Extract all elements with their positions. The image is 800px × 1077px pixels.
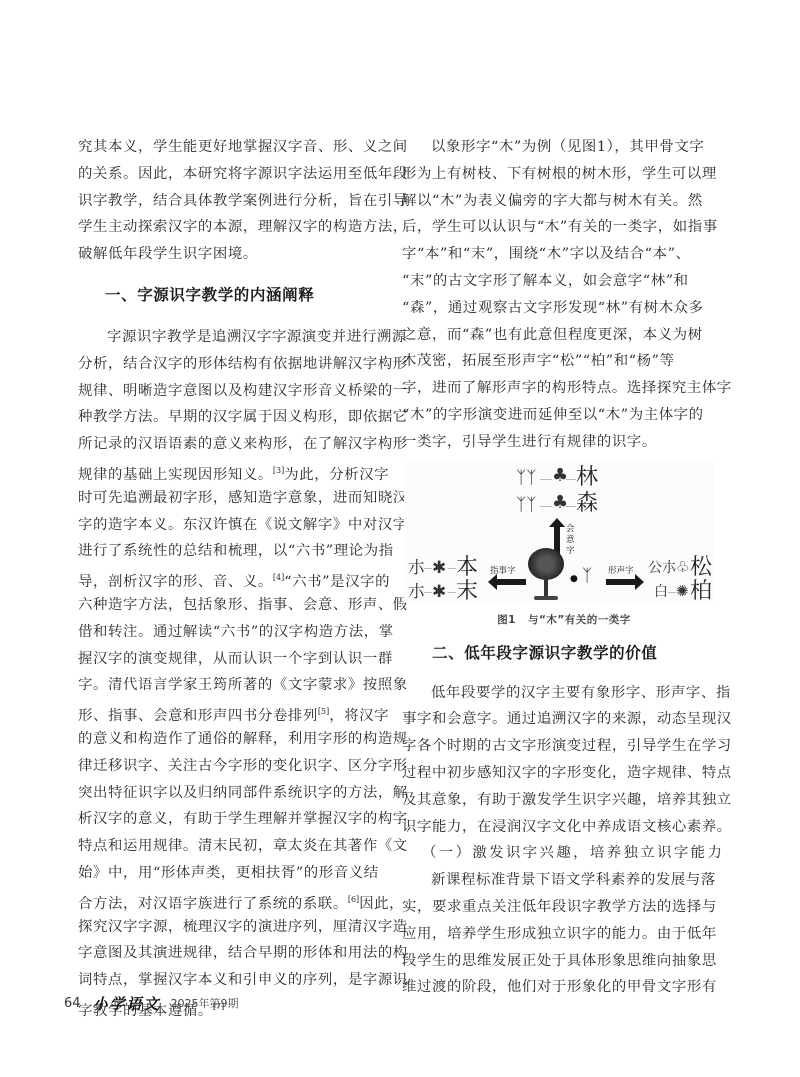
- modern-char-mo: 末: [456, 580, 478, 604]
- body-line: 字意图及其演进规律，结合早期的形体和用法的构: [78, 940, 402, 967]
- body-line: 木茂密，拓展至形声字“松”“柏”和“杨”等: [402, 348, 726, 375]
- body-line: 解以“木”为表义偏旁的字大都与树木有关。然: [402, 188, 726, 215]
- ancient-mu-glyph: ᛉ: [582, 566, 592, 586]
- body-line: 规律的基础上实现因形知义。[3]为此，分析汉字: [78, 458, 402, 485]
- body-line: 实，要求重点关注低年段识字教学方法的选择与: [402, 894, 726, 921]
- issue-label: 2025年第9期: [171, 995, 239, 1011]
- modern-char-sen: 森: [576, 492, 598, 516]
- body-line: 六种造字方法，包括象形、指事、会意、形声、假: [78, 592, 402, 619]
- tree-pair-icon: ♣: [552, 466, 568, 486]
- body-line: “末”的古文字形了解本义，如会意字“林”和: [402, 268, 726, 295]
- body-line: 字各个时期的古文字形演变过程，引导学生在学习: [402, 733, 726, 760]
- body-line: 的意义和构造作了通俗的解释，利用字形的构造规: [78, 726, 402, 753]
- citation-ref[interactable]: [4]: [273, 573, 284, 582]
- body-line: 字源识字教学是追溯汉字字源演变并进行溯源: [78, 324, 402, 351]
- page-footer: 64 小学语文 2025年第9期: [64, 993, 239, 1013]
- body-line: “森”，通过观察古文字形发现“林”有树木众多: [402, 295, 726, 322]
- tree-top-icon: ✱: [432, 582, 446, 602]
- body-line: 新课程标准背景下语文学科素养的发展与落: [402, 867, 726, 894]
- body-line: 特点和运用规律。清末民初，章太炎在其著作《文: [78, 833, 402, 860]
- body-line: 律迁移识字、关注古今字形的变化识字、区分字形: [78, 753, 402, 780]
- modern-char-ben: 本: [456, 556, 478, 580]
- body-line: 字“本”和“末”，围绕“木”字以及结合“本”、: [402, 241, 726, 268]
- body-line: 低年段要学的汉字主要有象形字、形声字、指: [402, 680, 726, 707]
- body-line: 导，剖析汉字的形、音、义。[4]“六书”是汉字的: [78, 565, 402, 592]
- citation-ref[interactable]: [3]: [273, 466, 284, 475]
- modern-char-bai: 柏: [690, 580, 712, 604]
- tree-illustration: [526, 548, 566, 602]
- body-line: 究其本义，学生能更好地掌握汉字音、形、义之间: [78, 134, 402, 161]
- ancient-mo-glyph: 朩: [408, 582, 425, 602]
- body-line: 维过渡的阶段，他们对于形象化的甲骨文字形有: [402, 974, 726, 1001]
- body-line: 所记录的汉语语素的意义来构形，在了解汉字构形: [78, 431, 402, 458]
- journal-logo: 小学语文: [93, 993, 161, 1014]
- ancient-ben-glyph: 朩: [408, 558, 425, 578]
- figure-caption: 图1与“木”有关的一类字: [402, 612, 726, 628]
- arrow-right-icon: [606, 579, 636, 585]
- tree-group-icon: ♣: [552, 493, 568, 513]
- body-line: 分析，结合汉字的形体结构有依据地讲解汉字构形: [78, 351, 402, 378]
- arrow-left-icon: [496, 579, 526, 585]
- tree-roots-icon: ✱: [432, 558, 446, 578]
- body-line: 形为上有树枝、下有树根的树木形，学生可以理: [402, 161, 726, 188]
- body-line: 段学生的思维发展正处于具体形象思维向抽象思: [402, 948, 726, 975]
- body-line: 字的造字本义。东汉许慎在《说文解字》中对汉字: [78, 512, 402, 539]
- subsection-heading-1: （一）激发识字兴趣，培养独立识字能力: [402, 840, 726, 867]
- body-line: 种教学方法。早期的汉字属于因义构形，即依据它: [78, 404, 402, 431]
- body-line: 学生主动探索汉字的本源，理解汉字的构造方法，: [78, 214, 402, 241]
- body-line: 词特点，掌握汉字本义和引申义的序列，是字源识: [78, 967, 402, 994]
- figure-mu-related-characters: ᛉᛉ ♣ 林 ᛉᛉ ♣ 森 会意字 朩 ✱ 本 朩 ✱ 末 指事字 ● ᛉ: [404, 462, 714, 602]
- modern-char-lin: 林: [576, 466, 598, 490]
- body-line: 进行了系统性的总结和梳理，以“六书”理论为指: [78, 538, 402, 565]
- body-line: 规律、明晰造字意图以及构建汉字形音义桥梁的一: [78, 378, 402, 405]
- body-line: 识字教学，结合具体教学案例进行分析，旨在引导: [78, 188, 402, 215]
- body-line: 合方法，对汉语字族进行了系统的系联。[6]因此，: [78, 887, 402, 914]
- body-line: 时可先追溯最初字形，感知造字意象，进而知晓汉: [78, 485, 402, 512]
- body-line: 突出特征识字以及归纳同部件系统识字的方法，解: [78, 780, 402, 807]
- body-line: 借和转注。通过解读“六书”的汉字构造方法，掌: [78, 619, 402, 646]
- body-line: 之意，而“森”也有此意但程度更深，本义为树: [402, 322, 726, 349]
- left-column: 究其本义，学生能更好地掌握汉字音、形、义之间 的关系。因此，本研究将字源识字法运…: [78, 134, 402, 1021]
- body-line: 字，进而了解形声字的构形特点。选择探究主体字: [402, 375, 726, 402]
- ancient-lin-glyph: ᛉᛉ: [516, 468, 536, 488]
- body-line: 形、指事、会意和形声四书分卷排列[5]，将汉字: [78, 699, 402, 726]
- body-line: 字。清代语言学家王筠所著的《文字蒙求》按照象: [78, 672, 402, 699]
- body-line: 一类字，引导学生进行有规律的识字。: [402, 429, 726, 456]
- modern-char-song: 松: [690, 556, 712, 580]
- body-line: 过程中初步感知汉字的字形变化，造字规律、特点: [402, 760, 726, 787]
- label-xingsheng: 形声字: [608, 564, 634, 576]
- citation-ref[interactable]: [6]: [348, 895, 359, 904]
- right-column: 以象形字“木”为例（见图1），其甲骨文字 形为上有树枝、下有树根的树木形，学生可…: [402, 134, 726, 1001]
- body-line: 及其意象，有助于激发学生识字兴趣，培养其独立: [402, 787, 726, 814]
- page-number: 64: [64, 996, 81, 1011]
- ancient-sen-glyph: ᛉᛉ: [516, 495, 536, 515]
- body-line: 握汉字的演变规律，从而认识一个字到认识一群: [78, 646, 402, 673]
- ancient-bai-glyph: 白: [654, 582, 668, 602]
- dot-icon: ●: [570, 574, 578, 584]
- body-line: 以象形字“木”为例（见图1），其甲骨文字: [402, 134, 726, 161]
- body-line: 识字能力，在浸润汉字文化中养成语文核心素养。: [402, 814, 726, 841]
- body-line: 事字和会意字。通过追溯汉字的来源，动态呈现汉: [402, 706, 726, 733]
- body-line: 始》中，用“形体声类，更相扶胥”的形音义结: [78, 860, 402, 887]
- body-line: 后，学生可以认识与“木”有关的一类字，如指事: [402, 214, 726, 241]
- body-line: 应用，培养学生形成独立识字的能力。由于低年: [402, 921, 726, 948]
- body-line: “木”的字形演变进而延伸至以“木”为主体字的: [402, 402, 726, 429]
- label-huiyi: 会意字: [566, 524, 576, 557]
- seal-bai-icon: ✺: [676, 581, 689, 601]
- body-line: 破解低年段学生识字困境。: [78, 241, 402, 268]
- body-line: 探究汉字字源，梳理汉字的演进序列，厘清汉字造: [78, 914, 402, 941]
- body-line: 的关系。因此，本研究将字源识字法运用至低年段: [78, 161, 402, 188]
- section-heading-1: 一、字源识字教学的内涵阐释: [78, 282, 402, 308]
- seal-song-icon: ♧: [676, 557, 689, 577]
- body-line: 析汉字的意义，有助于学生理解并掌握汉字的构字: [78, 806, 402, 833]
- section-heading-2: 二、低年段字源识字教学的价值: [402, 640, 726, 666]
- citation-ref[interactable]: [5]: [318, 707, 329, 716]
